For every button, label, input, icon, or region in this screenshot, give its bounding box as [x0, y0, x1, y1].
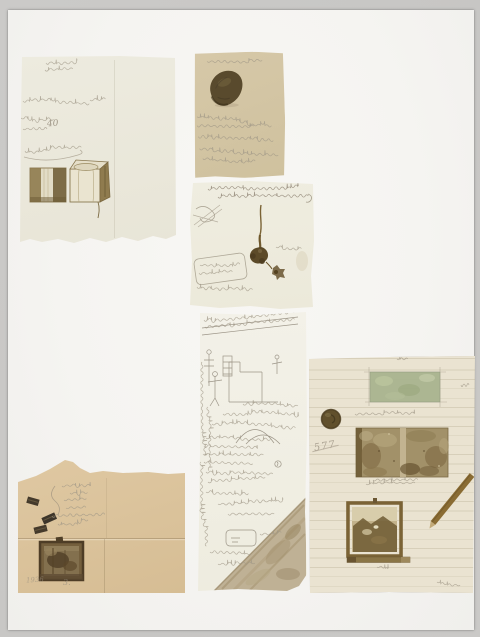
- handwriting-squiggle: [58, 518, 88, 526]
- note-stone: [193, 51, 286, 179]
- handwriting-squiggle: [208, 475, 265, 483]
- handwriting-squiggle: [206, 489, 248, 495]
- handwriting-squiggle: [206, 470, 273, 476]
- note-stone-drawing-layer: [193, 51, 286, 179]
- handwriting-squiggle: [70, 489, 87, 495]
- paper-stain: [296, 251, 308, 271]
- handwriting-squiggle: [212, 419, 295, 429]
- handwriting-squiggle: [45, 66, 73, 72]
- pencil-sketch-figures: [202, 317, 298, 546]
- handwriting-squiggle: [23, 127, 47, 130]
- handwriting-squiggle: [208, 182, 298, 190]
- handwriting-squiggle: [64, 495, 86, 501]
- handwriting-squiggle: [276, 245, 301, 250]
- mottled-brown-panel-drawing: [356, 428, 449, 477]
- note-sketches-drawing-layer: [198, 312, 307, 592]
- shelf-bar-drawing: [347, 557, 410, 563]
- two-boxes-drawing: [30, 160, 110, 218]
- note-kraft-drawing-layer: [18, 460, 185, 593]
- handwriting-squiggle: [197, 284, 253, 291]
- signature-underline: [24, 150, 82, 160]
- stick-drawing: [430, 473, 475, 528]
- handwriting-squiggle: [203, 450, 263, 456]
- handwriting-squiggle: [461, 383, 469, 386]
- handwriting-squiggle: [62, 482, 91, 488]
- handwriting-squiggle: [200, 462, 209, 546]
- handwriting-squiggle: [204, 445, 258, 449]
- handwriting-squiggle: [377, 564, 388, 568]
- note-two-boxes-drawing-layer: [20, 56, 176, 244]
- framed-picture-drawing: [347, 498, 403, 558]
- handwriting-squiggle: [243, 400, 298, 407]
- note-objects-drawing-layer: [309, 356, 475, 593]
- handwriting-squiggle: [355, 410, 415, 415]
- handwriting-squiggle: [198, 133, 273, 143]
- handwriting-squiggle: [437, 580, 460, 586]
- pencil-number-40: 40: [47, 120, 59, 130]
- handwriting-squiggle: [201, 362, 208, 455]
- arrow-flourish: [306, 194, 312, 202]
- note-kraft: 1936 3.: [18, 460, 185, 593]
- note-root: [190, 181, 314, 309]
- handwriting-squiggle: [218, 192, 308, 199]
- boxed-inscription-outline: [193, 253, 247, 286]
- handwriting-squiggle: [46, 58, 77, 64]
- pencil-scrawl-3: 3.: [63, 579, 71, 587]
- note-root-drawing-layer: [190, 181, 314, 309]
- pouch-drawing: [40, 537, 83, 580]
- artwork-photo: 40: [0, 0, 480, 637]
- handwriting-squiggle: [90, 95, 105, 101]
- note-two-boxes: 40: [20, 56, 176, 244]
- handwriting-squiggle: [52, 513, 105, 518]
- handwriting-squiggle: [23, 96, 89, 105]
- hanging-root-drawing: [250, 205, 285, 280]
- handwriting-squiggle: [228, 513, 274, 516]
- handwriting-squiggle: [373, 477, 418, 481]
- note-sketches: [198, 312, 307, 592]
- handwriting-squiggle: [210, 550, 251, 554]
- handwriting-squiggle: [218, 497, 283, 506]
- handwriting-squiggle: [66, 506, 86, 509]
- frame-hook: [373, 498, 377, 503]
- stone-blob-drawing: [210, 71, 243, 108]
- handwriting-squiggle: [200, 146, 279, 157]
- handwriting-squiggle: [366, 479, 415, 485]
- handwriting-squiggle: [199, 269, 232, 274]
- handwriting-squiggle: [223, 409, 299, 417]
- handwriting-squiggle: [207, 58, 262, 64]
- dark-disc-drawing: [322, 410, 341, 429]
- handwriting-squiggle: [204, 460, 253, 465]
- handwriting-squiggle: [203, 155, 256, 163]
- dark-marks-drawing: [26, 496, 57, 534]
- white-panel: 40: [8, 10, 474, 630]
- green-rectangle-drawing: [364, 367, 447, 407]
- handwriting-squiggle: [197, 123, 254, 129]
- handwriting-squiggle: [25, 145, 81, 154]
- handwriting-squiggle: [200, 262, 240, 267]
- handwriting-squiggle: [397, 357, 408, 360]
- crossed-out-scribble: [193, 205, 222, 227]
- note-objects: 577: [309, 356, 475, 593]
- pencil-scrawl-1936: 1936: [26, 577, 44, 585]
